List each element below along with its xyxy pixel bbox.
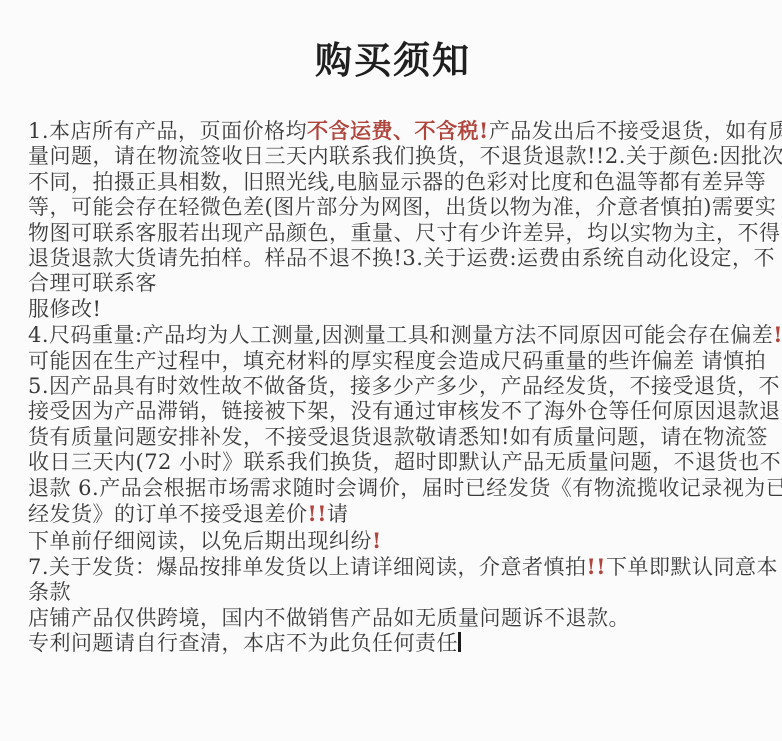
notice-line: 下单前仔细阅读，以免后期出现纠纷! bbox=[28, 528, 758, 554]
notice-line: 条款 bbox=[28, 580, 758, 605]
notice-text: 7.关于发货：爆品按排单发货以上请详细阅读，介意者慎拍 bbox=[28, 555, 587, 579]
notice-line: 服修改! bbox=[28, 297, 758, 322]
notice-text: 1.本店所有产品，页面价格均 bbox=[28, 119, 307, 143]
notice-line: 专利问题请自行查清，本店不为此负任何责任| bbox=[28, 631, 758, 656]
notice-text: 接受因为产品滞销，链接被下架，没有通过审核发不了海外仓等任何原因退款退 bbox=[28, 399, 781, 423]
notice-text: 物图可联系客服若出现产品颜色，重量、尺寸有少许差异，均以实物为主，不得 bbox=[28, 221, 781, 245]
text-cursor: | bbox=[458, 632, 461, 652]
notice-text: 条款 bbox=[28, 580, 71, 604]
notice-line: 退款 6.产品会根据市场需求随时会调价，届时已经发货《有物流揽收记录视为已 bbox=[28, 476, 758, 501]
notice-text: 下单前仔细阅读，以免后期出现纠纷 bbox=[28, 529, 372, 553]
notice-line: 合理可联系客 bbox=[28, 271, 758, 296]
notice-line: 量问题，请在物流签收日三天内联系我们换货，不退货退款!!2.关于颜色:因批次 bbox=[28, 144, 758, 169]
notice-line: 7.关于发货：爆品按排单发货以上请详细阅读，介意者慎拍!!下单即默认同意本 bbox=[28, 554, 758, 580]
notice-line: 不同，拍摄正具相数，旧照光线,电脑显示器的色彩对比度和色温等都有差异等 bbox=[28, 170, 758, 195]
notice-line: 收日三天内(72 小时》联系我们换货，超时即默认产品无质量问题，不退货也不 bbox=[28, 450, 758, 475]
notice-text: 可能因在生产过程中，填充材料的厚实程度会造成尺码重量的些许偏差 请慎拍 bbox=[28, 349, 766, 373]
notice-text: 4.尺码重量:产品均为人工测量,因测量工具和测量方法不同原因可能会存在偏差 bbox=[28, 323, 773, 347]
notice-line: 等，可能会存在轻微色差(图片部分为网图，出货以物为准，介意者慎拍)需要实 bbox=[28, 195, 758, 220]
red-highlight-text: 不含运费、不含税! bbox=[307, 118, 489, 143]
notice-text: 店铺产品仅供跨境，国内不做销售产品如无质量问题诉不退款。 bbox=[28, 606, 630, 630]
notice-text: 下单即默认同意本 bbox=[606, 555, 778, 579]
notice-text: 服修改! bbox=[28, 297, 101, 321]
notice-line: 4.尺码重量:产品均为人工测量,因测量工具和测量方法不同原因可能会存在偏差! bbox=[28, 322, 758, 348]
notice-text: 合理可联系客 bbox=[28, 271, 157, 295]
red-highlight-text: ! bbox=[773, 322, 782, 347]
notice-text: 等，可能会存在轻微色差(图片部分为网图，出货以物为准，介意者慎拍)需要实 bbox=[28, 195, 776, 219]
notice-text: 退货退款大货请先拍样。样品不退不换!3.关于运费:运费由系统自动化设定，不 bbox=[28, 246, 775, 270]
notice-text: 专利问题请自行查清，本店不为此负任何责任 bbox=[28, 631, 458, 655]
notice-line: 经发货》的订单不接受退差价!!请 bbox=[28, 501, 758, 527]
notice-line: 货有质量问题安排补发，不接受退货退款敬请悉知!如有质量问题，请在物流签 bbox=[28, 425, 758, 450]
purchase-notice-document: 购买须知 1.本店所有产品，页面价格均不含运费、不含税!产品发出后不接受退货，如… bbox=[0, 0, 782, 741]
notice-text: 产品发出后不接受退货，如有质 bbox=[489, 119, 782, 143]
notice-line: 接受因为产品滞销，链接被下架，没有通过审核发不了海外仓等任何原因退款退 bbox=[28, 399, 758, 424]
notice-text: 货有质量问题安排补发，不接受退货退款敬请悉知!如有质量问题，请在物流签 bbox=[28, 425, 768, 449]
red-highlight-text: ! bbox=[372, 528, 382, 553]
red-highlight-text: !! bbox=[308, 501, 327, 526]
notice-text: 收日三天内(72 小时》联系我们换货，超时即默认产品无质量问题，不退货也不 bbox=[28, 450, 781, 474]
notice-line: 可能因在生产过程中，填充材料的厚实程度会造成尺码重量的些许偏差 请慎拍 bbox=[28, 349, 758, 374]
notice-line: 退货退款大货请先拍样。样品不退不换!3.关于运费:运费由系统自动化设定，不 bbox=[28, 246, 758, 271]
notice-line: 1.本店所有产品，页面价格均不含运费、不含税!产品发出后不接受退货，如有质 bbox=[28, 118, 758, 144]
notice-text: 请 bbox=[327, 502, 349, 526]
notice-text: 经发货》的订单不接受退差价 bbox=[28, 502, 308, 526]
notice-text: 5.因产品具有时效性故不做备货，接多少产多少，产品经发货，不接受退货，不 bbox=[28, 374, 780, 398]
notice-line: 店铺产品仅供跨境，国内不做销售产品如无质量问题诉不退款。 bbox=[28, 606, 758, 631]
notice-text: 不同，拍摄正具相数，旧照光线,电脑显示器的色彩对比度和色温等都有差异等 bbox=[28, 170, 766, 194]
notice-line: 物图可联系客服若出现产品颜色，重量、尺寸有少许差异，均以实物为主，不得 bbox=[28, 221, 758, 246]
red-highlight-text: !! bbox=[587, 554, 606, 579]
notice-text: 退款 6.产品会根据市场需求随时会调价，届时已经发货《有物流揽收记录视为已 bbox=[28, 476, 782, 500]
page-title: 购买须知 bbox=[28, 30, 758, 84]
notice-line: 5.因产品具有时效性故不做备货，接多少产多少，产品经发货，不接受退货，不 bbox=[28, 374, 758, 399]
notice-body: 1.本店所有产品，页面价格均不含运费、不含税!产品发出后不接受退货，如有质量问题… bbox=[28, 118, 758, 657]
notice-text: 量问题，请在物流签收日三天内联系我们换货，不退货退款!!2.关于颜色:因批次 bbox=[28, 144, 782, 168]
